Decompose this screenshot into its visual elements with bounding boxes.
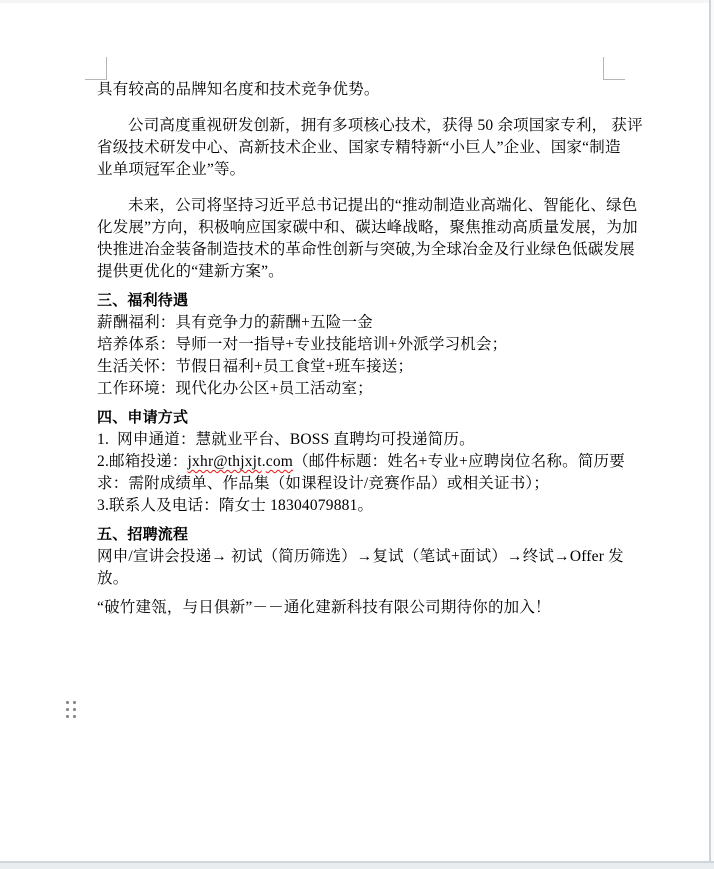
misspelled-text: jxhr@thjxjt [188,453,262,470]
text-line: 提供更优化的“建新方案”。 [97,261,621,283]
page-bottom-edge [0,861,714,869]
text-line: 化发展”方向，积极响应国家碳中和、碳达峰战略，聚焦推动高质量发展，为加 [97,217,621,239]
document-content[interactable]: 具有较高的品牌知名度和技术竞争优势。公司高度重视研发创新，拥有多项核心技术，获得… [97,79,621,619]
text-segment: （邮件标题：姓名+专业+应聘岗位名称。简历要 [293,453,625,470]
text-line: 2.邮箱投递：jxhr@thjxjt.com（邮件标题：姓名+专业+应聘岗位名称… [97,451,621,473]
drag-handle[interactable] [66,701,76,718]
heading-line: 三、福利待遇 [97,290,621,312]
drag-handle-dot [66,701,69,704]
heading-line: 五、招聘流程 [97,524,621,546]
text-line: 业单项冠军企业”等。 [97,159,621,181]
text-line: 未来，公司将坚持习近平总书记提出的“推动制造业高端化、智能化、绿色 [97,195,621,217]
margin-mark-top-left [85,57,107,80]
text-line: 公司高度重视研发创新，拥有多项核心技术，获得 50 余项国家专利， 获评 [97,115,621,137]
drag-handle-dot [66,708,69,711]
misspelled-text: com [266,453,293,470]
margin-mark-top-right [603,57,625,80]
text-line: 省级技术研发中心、高新技术企业、国家专精特新“小巨人”企业、国家“制造 [97,137,621,159]
text-line: 薪酬福利：具有竞争力的薪酬+五险一金 [97,312,621,334]
text-line: 生活关怀：节假日福利+员工食堂+班车接送； [97,356,621,378]
text-line: 放。 [97,568,621,590]
heading-line: 四、申请方式 [97,407,621,429]
text-line: 网申/宣讲会投递→ 初试（简历筛选）→复试（笔试+面试）→终试→Offer 发 [97,546,621,568]
text-line: 1. 网申通道：慧就业平台、BOSS 直聘均可投递简历。 [97,429,621,451]
drag-handle-dot [73,708,76,711]
page-top-edge [0,0,714,3]
text-line: 具有较高的品牌知名度和技术竞争优势。 [97,79,621,101]
text-line: 3.联系人及电话：隋女士 18304079881。 [97,495,621,517]
text-line: 工作环境：现代化办公区+员工活动室； [97,378,621,400]
text-segment: 2.邮箱投递： [97,453,188,470]
text-line: 求：需附成绩单、作品集（如课程设计/竞赛作品）或相关证书）； [97,473,621,495]
text-line: “破竹建瓴，与日俱新”－－通化建新科技有限公司期待你的加入！ [97,597,621,619]
drag-handle-dot [66,715,69,718]
text-line: 快推进冶金装备制造技术的革命性创新与突破,为全球冶金及行业绿色低碳发展 [97,239,621,261]
drag-handle-dot [73,701,76,704]
text-line: 培养体系：导师一对一指导+专业技能培训+外派学习机会； [97,334,621,356]
drag-handle-dot [73,715,76,718]
